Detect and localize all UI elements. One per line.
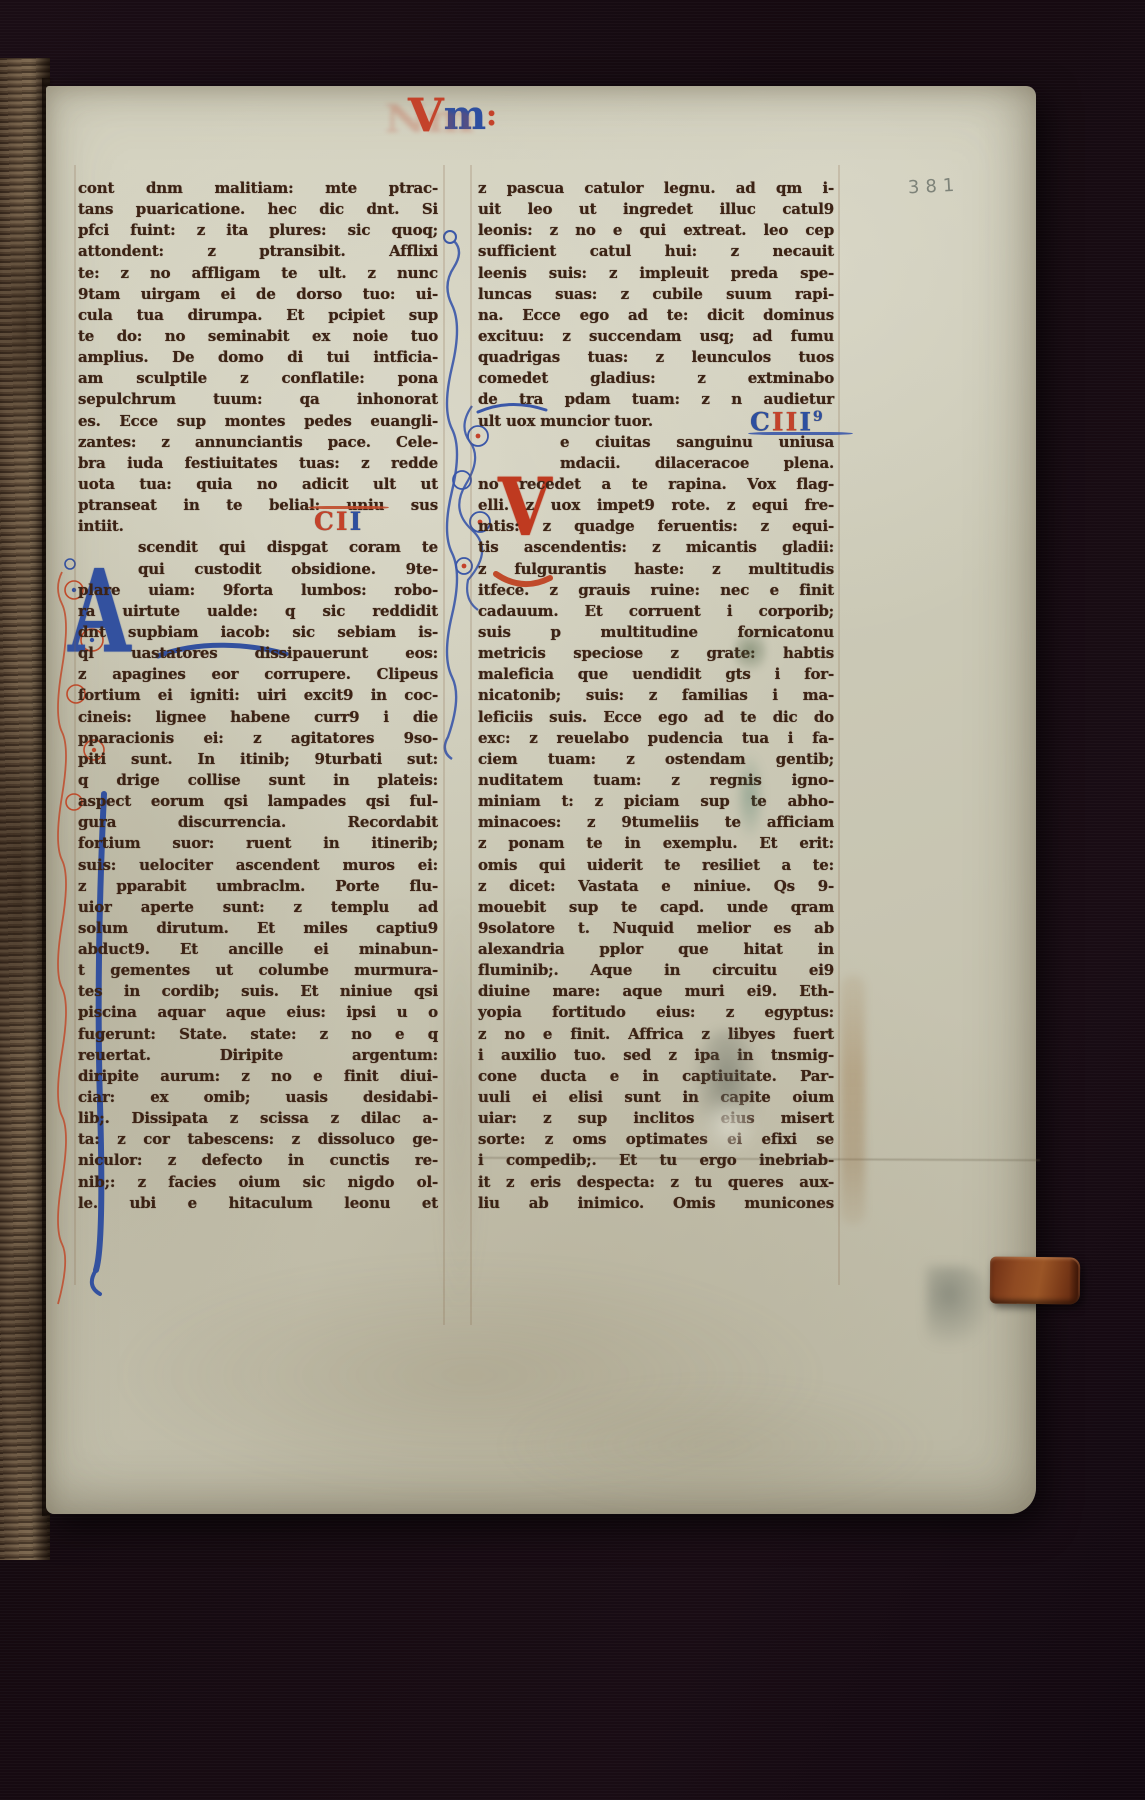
chapter-numeral-digit: I	[350, 507, 364, 536]
manuscript-text-line: nuditatem tuam: z regnis igno-	[478, 770, 834, 791]
manuscript-text-line: na. Ecce ego ad te: dicit dominus	[478, 305, 834, 326]
manuscript-text-line: cula tua dirumpa. Et pcipiet sup	[78, 305, 438, 326]
manuscript-text-line: z no e finit. Affrica z libyes fuert	[478, 1024, 834, 1045]
manuscript-text-line: suis p multitudine fornicatonu	[478, 622, 834, 643]
manuscript-text-line: fortium suor: ruent in itinerib;	[78, 833, 438, 854]
manuscript-text-line: piti sunt. In itinib; 9turbati sut:	[78, 749, 438, 770]
ruling-line	[838, 165, 840, 1285]
manuscript-page: NmVm: 381 A V	[46, 86, 1036, 1514]
manuscript-text-line: mtis: z quadge feruentis: z equi-	[478, 516, 834, 537]
manuscript-text-line: itfece. z grauis ruine: nec e finit	[478, 580, 834, 601]
text-column-left: cont dnm malitiam: mte ptrac-tans puaric…	[78, 178, 438, 1214]
manuscript-text-line: leficiis suis. Ecce ego ad te dic do	[478, 707, 834, 728]
manuscript-text-line: cineis: lignee habene curr9 i die	[78, 707, 438, 728]
manuscript-text-line: 9solatore t. Nuquid melior es ab	[478, 918, 834, 939]
stain	[500, 1380, 930, 1510]
manuscript-text-line: qui custodit obsidione. 9te-	[78, 559, 438, 580]
manuscript-text-line: sufficient catul hui: z necauit	[478, 241, 834, 262]
manuscript-text-line: diuine mare: aque muri ei9. Eth-	[478, 981, 834, 1002]
manuscript-text-line: amplius. De domo di tui intficia-	[78, 347, 438, 368]
manuscript-text-line: cadauum. Et corruent i corporib;	[478, 601, 834, 622]
manuscript-text-line: minacoes: z 9tumeliis te afficiam	[478, 812, 834, 833]
manuscript-text-line: ult uox muncior tuor.CIII9	[478, 411, 834, 432]
manuscript-text-line: zantes: z annunciantis pace. Cele-	[78, 432, 438, 453]
manuscript-text-line: bra iuda festiuitates tuas: z redde	[78, 453, 438, 474]
manuscript-text-line: excituu: z succendam usq; ad fumu	[478, 326, 834, 347]
manuscript-text-line: piscina aquar aque eius: ipsi u o	[78, 1002, 438, 1023]
running-header: NmVm:	[408, 88, 497, 148]
manuscript-text-line: ra uirtute ualde: q sic reddidit	[78, 601, 438, 622]
ruling-line	[74, 165, 76, 1285]
manuscript-text-line: i compedib;. Et tu ergo inebriab-	[478, 1150, 834, 1171]
manuscript-text-line: z pparabit umbraclm. Porte flu-	[78, 876, 438, 897]
manuscript-text-line: leenis suis: z impleuit preda spe-	[478, 263, 834, 284]
manuscript-text-line: z apagines eor corrupere. Clipeus	[78, 664, 438, 685]
manuscript-text-line: attondent: z ptransibit. Afflixi	[78, 241, 438, 262]
manuscript-text-line: nib;: z facies oium sic nigdo ol-	[78, 1172, 438, 1193]
manuscript-text-line: suis: uelociter ascendent muros ei:	[78, 855, 438, 876]
manuscript-text-line: mouebit sup te capd. unde qram	[478, 897, 834, 918]
stain	[841, 975, 865, 1225]
manuscript-text-line: elli. z uox impet9 rote. z equi fre-	[478, 495, 834, 516]
manuscript-text-line: reuertat. Diripite argentum:	[78, 1045, 438, 1066]
manuscript-text-line: t gementes ut columbe murmura-	[78, 960, 438, 981]
gutter-flourish	[436, 225, 472, 765]
chapter-numeral-digit: I	[336, 507, 350, 536]
manuscript-text-line: pparacionis ei: z agitatores 9so-	[78, 728, 438, 749]
ruling-line	[470, 165, 472, 1325]
manuscript-text-line: pfci fuint: z ita plures: sic quoq;	[78, 220, 438, 241]
manuscript-text-line: liu ab inimico. Omis municones	[478, 1193, 834, 1214]
stain	[926, 1266, 992, 1346]
manuscript-text-line: dnt supbiam iacob: sic sebiam is-	[78, 622, 438, 643]
manuscript-text-line: ciar: ex omib; uasis desidabi-	[78, 1087, 438, 1108]
manuscript-text-line: tans puaricatione. hec dic dnt. Si	[78, 199, 438, 220]
manuscript-text-line: fortium ei igniti: uiri excit9 in coc-	[78, 685, 438, 706]
manuscript-text-line: tis ascendentis: z micantis gladii:	[478, 537, 834, 558]
manuscript-text-line: sepulchrum tuum: qa inhonorat	[78, 389, 438, 410]
manuscript-text-line: le. ubi e hitaculum leonu et	[78, 1193, 438, 1214]
bookmark-tab	[990, 1257, 1080, 1305]
manuscript-text-line: ql uastatores dissipauerunt eos:	[78, 643, 438, 664]
manuscript-text-line: maleficia que uendidit gts i for-	[478, 664, 834, 685]
chapter-numeral-digit: C	[314, 507, 336, 536]
manuscript-text-line: z dicet: Vastata e niniue. Qs 9-	[478, 876, 834, 897]
manuscript-text-line: e ciuitas sanguinu uniusa	[478, 432, 834, 453]
manuscript-text-line: comedet gladius: z extminabo	[478, 368, 834, 389]
manuscript-text-line: luncas suas: z cubile suum rapi-	[478, 284, 834, 305]
manuscript-text-line: exc: z reuelabo pudencia tua i fa-	[478, 728, 834, 749]
manuscript-text-line: ciem tuam: z ostendam gentib;	[478, 749, 834, 770]
chapter-numeral-digit: 9	[813, 409, 823, 425]
chapter-numeral: CIII9	[750, 405, 823, 434]
manuscript-text-line: no recedet a te rapina. Vox flag-	[478, 474, 834, 495]
manuscript-text-line: alexandria pplor que hitat in	[478, 939, 834, 960]
manuscript-text-line: sorte: z oms optimates ei efixi se	[478, 1129, 834, 1150]
manuscript-text-line: omis qui uiderit te resiliet a te:	[478, 855, 834, 876]
manuscript-text-line: diripite aurum: z no e finit diui-	[78, 1066, 438, 1087]
manuscript-text-line: z ponam te in exemplu. Et erit:	[478, 833, 834, 854]
manuscript-text-line: leonis: z no e qui extreat. leo cep	[478, 220, 834, 241]
manuscript-text-line: nicatonib; suis: z familias i ma-	[478, 685, 834, 706]
header-letter: :	[486, 98, 497, 133]
manuscript-text-line: cont dnm malitiam: mte ptrac-	[78, 178, 438, 199]
folio-number: 381	[908, 177, 961, 198]
manuscript-text-line: tes in cordib; suis. Et niniue qsi	[78, 981, 438, 1002]
manuscript-text-line: cone ducta e in captiuitate. Par-	[478, 1066, 834, 1087]
manuscript-text-line: am sculptile z conflatile: pona	[78, 368, 438, 389]
manuscript-text-line: niculor: z defecto in cunctis re-	[78, 1150, 438, 1171]
manuscript-text-line: mdacii. dilaceracoe plena.	[478, 453, 834, 474]
manuscript-text-line: ta: z cor tabescens: z dissoluco ge-	[78, 1129, 438, 1150]
manuscript-text-line: solum dirutum. Et miles captiu9	[78, 918, 438, 939]
manuscript-text-line: aspect eorum qsi lampades qsi ful-	[78, 791, 438, 812]
manuscript-text-line: abduct9. Et ancille ei minabun-	[78, 939, 438, 960]
manuscript-text-line: z fulgurantis haste: z multitudis	[478, 559, 834, 580]
manuscript-text-line: it z eris despecta: z tu queres aux-	[478, 1172, 834, 1193]
manuscript-text-line: scendit qui dispgat coram te	[78, 537, 438, 558]
stain	[438, 900, 482, 1310]
manuscript-text-line: intiit.CII	[78, 516, 438, 537]
chapter-numeral: CII	[314, 510, 363, 534]
manuscript-text-line: miniam t: z piciam sup te abho-	[478, 791, 834, 812]
manuscript-text-line: uuli ei elisi sunt in capite oium	[478, 1087, 834, 1108]
manuscript-text-line: es. Ecce sup montes pedes euangli-	[78, 411, 438, 432]
manuscript-text-line: uota tua: quia no adicit ult ut	[78, 474, 438, 495]
manuscript-text-line: yopia fortitudo eius: z egyptus:	[478, 1002, 834, 1023]
manuscript-text-line: lib;. Dissipata z scissa z dilac a-	[78, 1108, 438, 1129]
manuscript-text-line: quadrigas tuas: z leunculos tuos	[478, 347, 834, 368]
header-showthrough: Nm	[385, 100, 475, 138]
manuscript-text-line: uior aperte sunt: z templu ad	[78, 897, 438, 918]
manuscript-photo: { "page": { "folio_number": "381", "desc…	[0, 0, 1145, 1800]
manuscript-text-line: fugerunt: State. state: z no e q	[78, 1024, 438, 1045]
manuscript-text-line: z pascua catulor legnu. ad qm i-	[478, 178, 834, 199]
manuscript-text-line: fluminib;. Aque in circuitu ei9	[478, 960, 834, 981]
ruling-line	[443, 165, 445, 1325]
manuscript-text-line: plare uiam: 9forta lumbos: robo-	[78, 580, 438, 601]
manuscript-text-line: te: z no affligam te ult. z nunc	[78, 263, 438, 284]
manuscript-text-line: metricis speciose z grate: habtis	[478, 643, 834, 664]
manuscript-text-line: uit leo ut ingredet illuc catul9	[478, 199, 834, 220]
manuscript-text-line: q drige collise sunt in plateis:	[78, 770, 438, 791]
manuscript-text-line: te do: no seminabit ex noie tuo	[78, 326, 438, 347]
manuscript-text-line: gura discurrencia. Recordabit	[78, 812, 438, 833]
manuscript-text-line: 9tam uirgam ei de dorso tuo: ui-	[78, 284, 438, 305]
text-column-right: z pascua catulor legnu. ad qm i-uit leo …	[478, 178, 834, 1214]
manuscript-text-line: uiar: z sup inclitos eius misert	[478, 1108, 834, 1129]
manuscript-text-line: i auxilio tuo. sed z ipa in tnsmig-	[478, 1045, 834, 1066]
